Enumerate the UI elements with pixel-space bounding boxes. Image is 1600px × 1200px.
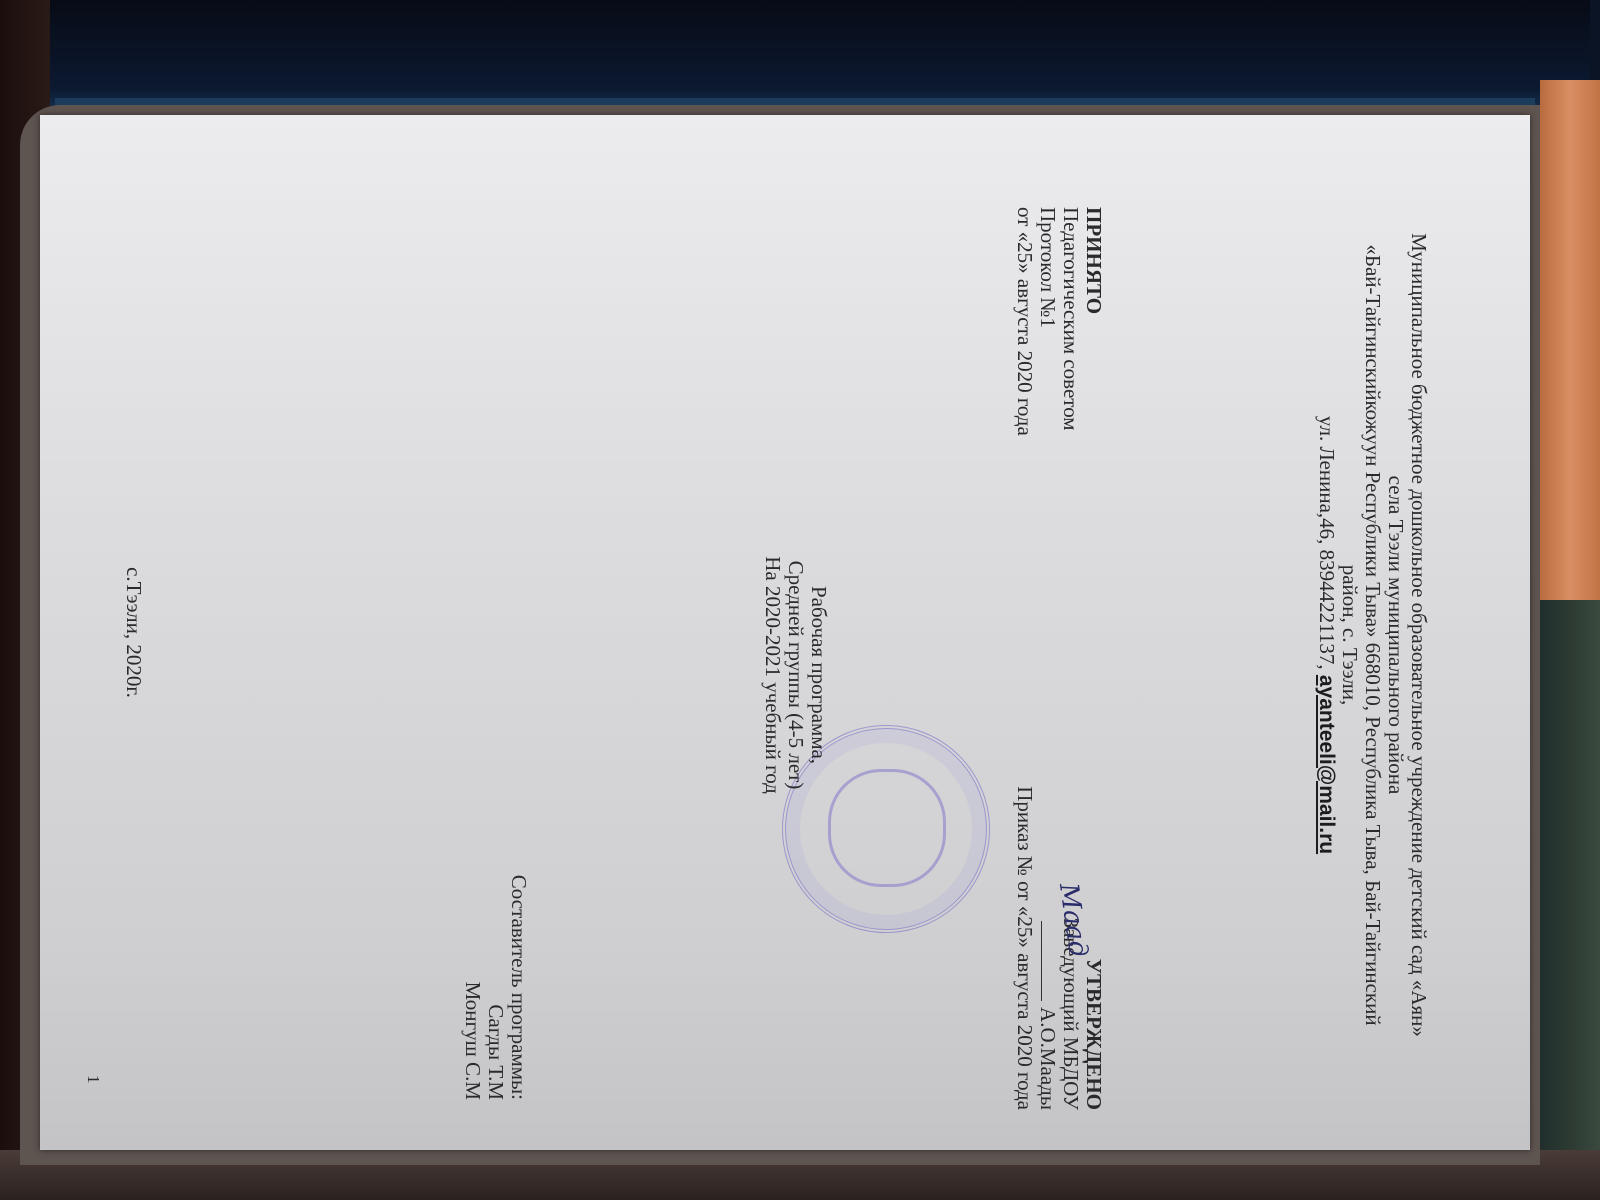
accepted-line: Протокол №1 <box>1036 207 1059 436</box>
folder-cover-top <box>50 0 1590 110</box>
email-link[interactable]: ayanteeli@mail.ru <box>1315 675 1338 854</box>
title-line: Рабочая программа, <box>807 415 830 935</box>
approved-signature-line: А.О.Маады <box>1036 775 1059 1110</box>
wooden-table-surface <box>1540 80 1600 600</box>
accepted-block: ПРИНЯТО Педагогическим советом Протокол … <box>1013 207 1105 436</box>
title-line: На 2020-2021 учебный год <box>761 415 784 935</box>
header-line: район, с. Тээли, <box>1338 175 1361 1095</box>
approved-line: Приказ № от «25» августа 2020 года <box>1013 775 1036 1110</box>
accepted-line: от «25» августа 2020 года <box>1013 207 1036 436</box>
header-line: «Бай-Тайгинскийкожуун Республики Тыва» 6… <box>1361 175 1384 1095</box>
composer-name: Сагды Т.М <box>484 775 507 1100</box>
header-line: Муниципальное бюджетное дошкольное образ… <box>1407 175 1430 1095</box>
institution-header: Муниципальное бюджетное дошкольное образ… <box>1315 175 1430 1095</box>
title-line: Средней группы (4-5 лет) <box>784 415 807 935</box>
background-object <box>1530 600 1600 1200</box>
composer-name: Монгуш С.М <box>461 775 484 1100</box>
composer-block: Составитель программы: Сагды Т.М Монгуш … <box>461 775 530 1100</box>
header-line: села Тээли муниципального района <box>1384 175 1407 1095</box>
city-year: с.Тээли, 2020г. <box>122 115 145 1150</box>
document-page: Муниципальное бюджетное дошкольное образ… <box>40 115 1530 1150</box>
document-title: Рабочая программа, Средней группы (4-5 л… <box>761 415 830 935</box>
page-number: 1 <box>82 1075 105 1084</box>
accepted-line: Педагогическим советом <box>1059 207 1082 436</box>
composer-heading: Составитель программы: <box>507 775 530 1100</box>
address-line: ул. Ленина,46, 83944221137, ayanteeli@ma… <box>1315 175 1338 1095</box>
approver-name: А.О.Маады <box>1036 1007 1060 1110</box>
accepted-heading: ПРИНЯТО <box>1082 207 1105 436</box>
address-text: ул. Ленина,46, 83944221137, <box>1315 416 1339 675</box>
signature-underline <box>1041 921 1042 1001</box>
